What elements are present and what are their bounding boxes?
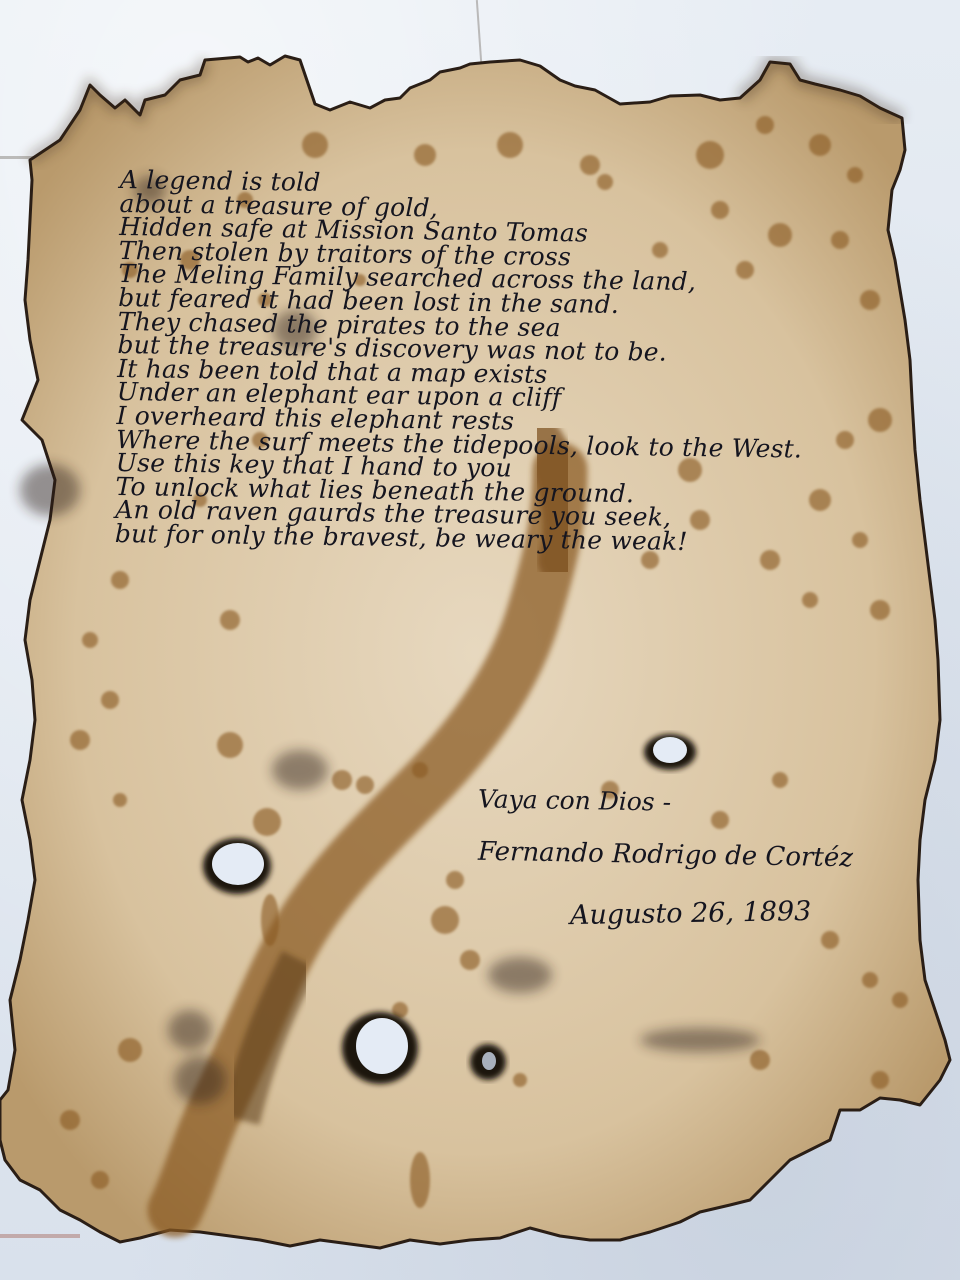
date-line: Augusto 26, 1893 bbox=[570, 896, 812, 931]
poem-body: A legend is told about a treasure of gol… bbox=[115, 168, 940, 557]
farewell-line: Vaya con Dios - bbox=[478, 784, 672, 816]
